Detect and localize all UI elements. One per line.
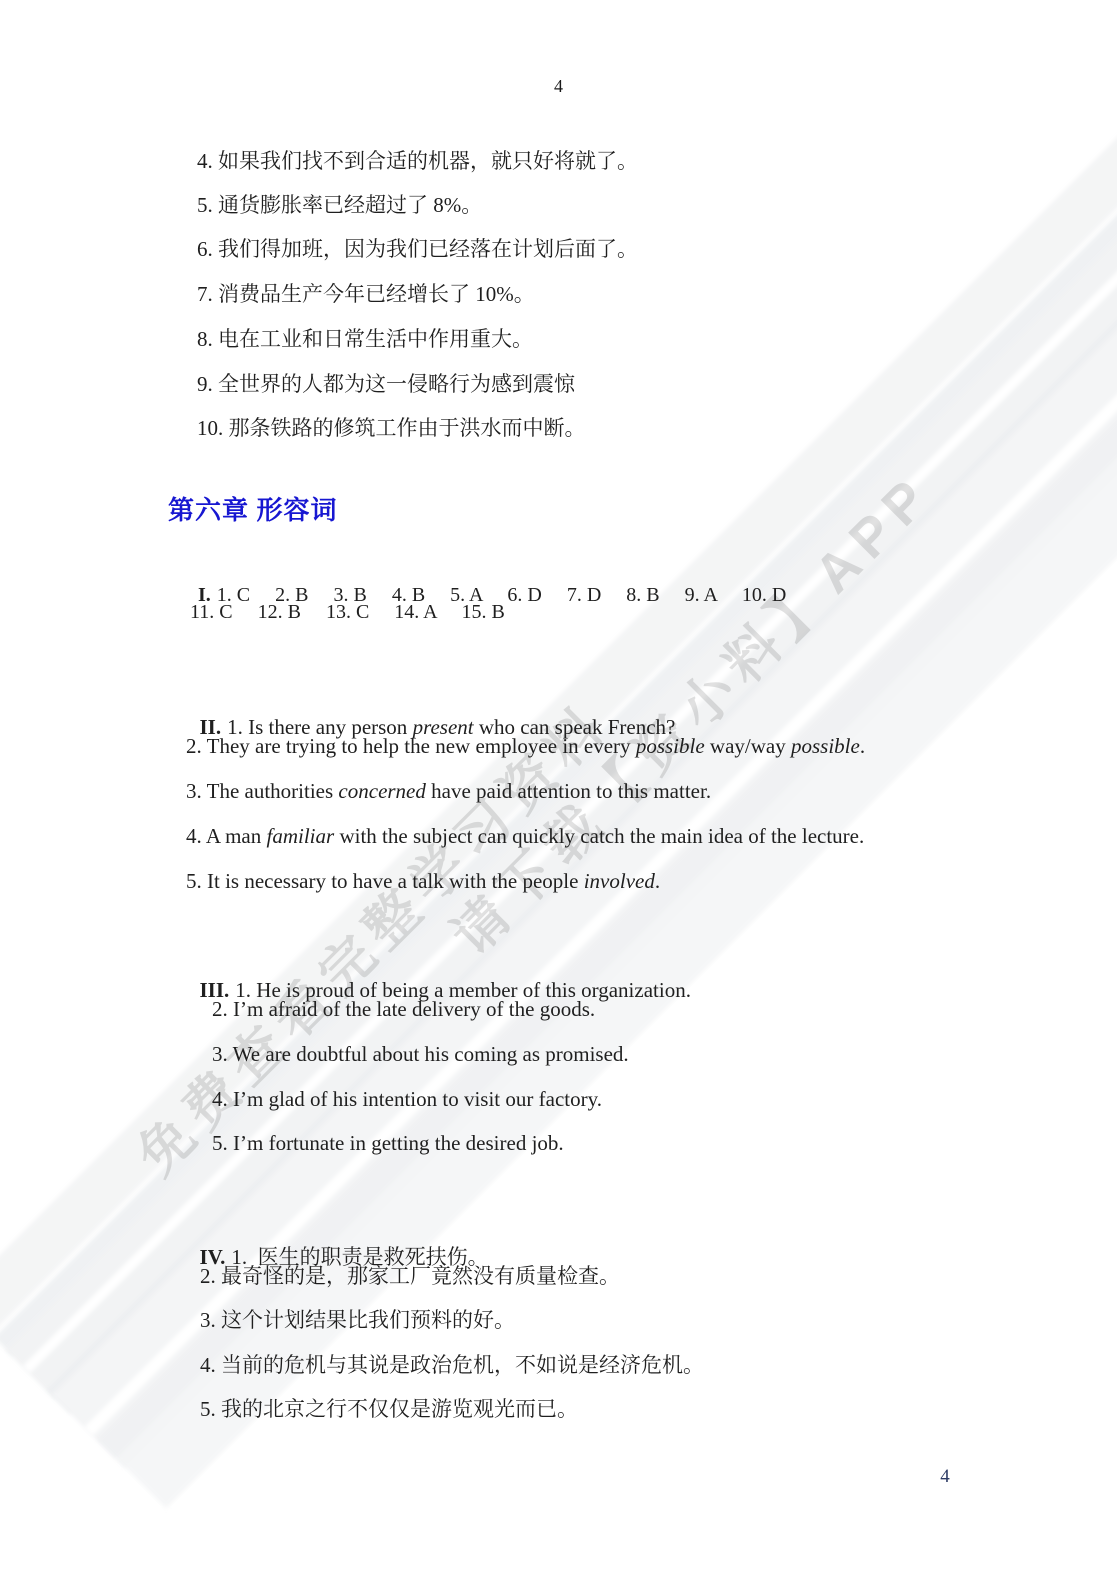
section-4-item: 2. 最奇怪的是，那家工厂竟然没有质量检查。: [200, 1263, 620, 1289]
section-3-item: 3. We are doubtful about his coming as p…: [212, 1041, 629, 1067]
section-2-item: 2. They are trying to help the new emplo…: [186, 733, 865, 759]
section-2-item: 4. A man familiar with the subject can q…: [186, 823, 864, 849]
list-item: 5. 通货膨胀率已经超过了 8%。: [197, 192, 482, 218]
section-4-item: 4. 当前的危机与其说是政治危机，不如说是经济危机。: [200, 1352, 704, 1378]
list-item: 8. 电在工业和日常生活中作用重大。: [197, 326, 533, 352]
chapter-heading: 第六章 形容词: [168, 494, 338, 528]
list-item: 7. 消费品生产今年已经增长了 10%。: [197, 281, 535, 307]
bottom-page-number: 4: [925, 1466, 965, 1488]
section-2-item: 3. The authorities concerned have paid a…: [186, 778, 711, 804]
list-item: 9. 全世界的人都为这一侵略行为感到震惊: [197, 371, 575, 397]
section-4-item: 3. 这个计划结果比我们预料的好。: [200, 1307, 515, 1333]
top-page-number: 4: [0, 76, 1117, 97]
section-3-item: 4. I’m glad of his intention to visit ou…: [212, 1086, 602, 1112]
section-3-item: 5. I’m fortunate in getting the desired …: [212, 1130, 564, 1156]
page-content: 4 4. 如果我们找不到合适的机器，就只好将就了。 5. 通货膨胀率已经超过了 …: [0, 0, 1117, 1579]
document-page: 免费查看完整学习资料 请下载【资小料】APP 4 4. 如果我们找不到合适的机器…: [0, 0, 1117, 1579]
section-3-item: 2. I’m afraid of the late delivery of th…: [212, 996, 595, 1022]
section-2-item: 5. It is necessary to have a talk with t…: [186, 868, 660, 894]
list-item: 10. 那条铁路的修筑工作由于洪水而中断。: [197, 415, 586, 441]
section-1-answers-line2: 11. C 12. B 13. C 14. A 15. B: [190, 599, 505, 625]
list-item: 6. 我们得加班，因为我们已经落在计划后面了。: [197, 236, 638, 262]
section-4-item: 5. 我的北京之行不仅仅是游览观光而已。: [200, 1396, 578, 1422]
list-item: 4. 如果我们找不到合适的机器，就只好将就了。: [197, 148, 638, 174]
